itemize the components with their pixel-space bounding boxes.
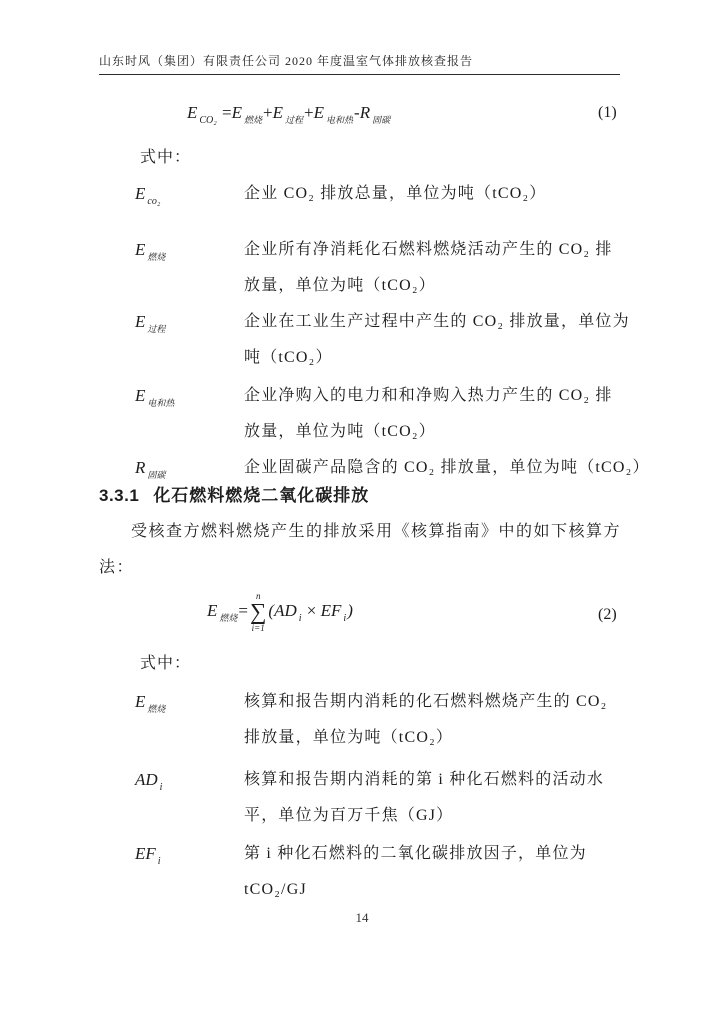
definition-text: 第 i 种化石燃料的二氧化碳排放因子，单位为 tCO₂/GJ (244, 836, 674, 908)
formula2-var1-subscript: i (299, 613, 302, 624)
definition-row: ADi 核算和报告期内消耗的第 i 种化石燃料的活动水 平，单位为百万千焦（GJ… (135, 762, 675, 834)
term-subscript: i (158, 856, 161, 867)
document-page: 山东时风（集团）有限责任公司 2020 年度温室气体排放核查报告 ECO₂ =E… (0, 0, 724, 1024)
term-subscript: 过程 (147, 324, 165, 334)
term-symbol: E过程 (135, 304, 244, 347)
multiply-sign: × (307, 601, 317, 620)
formula1-term3-subscript: 电和热 (326, 115, 353, 125)
formula2-expression: (ADi × EFi) (268, 601, 352, 624)
section-heading: 3.3.1化石燃料燃烧二氧化碳排放 (99, 481, 369, 506)
term-symbol: Eco₂ (135, 176, 244, 220)
term-symbol: EFi (135, 836, 244, 880)
definition-text: 核算和报告期内消耗的第 i 种化石燃料的活动水 平，单位为百万千焦（GJ） (244, 762, 674, 834)
formula2-lhs-subscript: 燃烧 (219, 613, 237, 623)
formula1-term1-subscript: 燃烧 (244, 115, 262, 125)
definition-row: E燃烧 核算和报告期内消耗的化石燃料燃烧产生的 CO₂ 排放量，单位为吨（tCO… (135, 684, 675, 756)
formula1-term2-subscript: 过程 (285, 115, 303, 125)
term-subscript: 燃烧 (147, 252, 165, 262)
term-symbol: E燃烧 (135, 684, 244, 727)
definition-text: 核算和报告期内消耗的化石燃料燃烧产生的 CO₂ 排放量，单位为吨（tCO₂） (244, 684, 674, 756)
doc-header-title: 山东时风（集团）有限责任公司 2020 年度温室气体排放核查报告 (99, 54, 473, 68)
formula2-var2-subscript: i (343, 613, 346, 624)
definition-row: EFi 第 i 种化石燃料的二氧化碳排放因子，单位为 tCO₂/GJ (135, 836, 675, 908)
formula2-var2: EF (321, 601, 342, 620)
summation-lower-limit: i=1 (252, 623, 265, 633)
definition-list-2: E燃烧 核算和报告期内消耗的化石燃料燃烧产生的 CO₂ 排放量，单位为吨（tCO… (135, 684, 675, 908)
term-subscript: co₂ (147, 196, 160, 207)
definition-text: 企业净购入的电力和和净购入热力产生的 CO₂ 排 放量，单位为吨（tCO₂） (244, 378, 674, 450)
formula-2: E燃烧=n∑i=1(ADi × EFi) (207, 592, 353, 633)
term-subscript: 固碳 (147, 470, 165, 480)
definition-row: E燃烧 企业所有净消耗化石燃料燃烧活动产生的 CO₂ 排 放量，单位为吨（tCO… (135, 232, 675, 304)
definition-text: 企业所有净消耗化石燃料燃烧活动产生的 CO₂ 排 放量，单位为吨（tCO₂） (244, 232, 674, 304)
definition-row: E电和热 企业净购入的电力和和净购入热力产生的 CO₂ 排 放量，单位为吨（tC… (135, 378, 675, 450)
formula1-term2: E (273, 103, 283, 122)
plus-sign: + (304, 103, 314, 122)
term-symbol: ADi (135, 762, 244, 806)
doc-header: 山东时风（集团）有限责任公司 2020 年度温室气体排放核查报告 (99, 52, 620, 75)
term-symbol: E燃烧 (135, 232, 244, 275)
term-subscript: i (160, 782, 163, 793)
term-symbol: E电和热 (135, 378, 244, 421)
equals-sign: = (238, 601, 248, 620)
definition-list-1: Eco₂ 企业 CO₂ 排放总量，单位为吨（tCO₂） E燃烧 企业所有净消耗化… (135, 176, 675, 493)
formula1-term4: R (360, 103, 370, 122)
summation-symbol: n∑i=1 (250, 592, 266, 633)
formula1-term1: E (232, 103, 242, 122)
body-paragraph: 受核查方燃料燃烧产生的排放采用《核算指南》中的如下核算方 法： (99, 514, 629, 586)
where-label-1: 式中： (140, 144, 191, 167)
section-title: 化石燃料燃烧二氧化碳排放 (153, 486, 369, 505)
definition-row: E过程 企业在工业生产过程中产生的 CO₂ 排放量，单位为 吨（tCO₂） (135, 304, 675, 376)
term-subscript: 电和热 (147, 398, 174, 408)
formula2-lhs-group: E燃烧= (207, 601, 248, 624)
formula2-var1: AD (274, 601, 297, 620)
equation-number-1: (1) (598, 104, 617, 122)
formula1-lhs-subscript: CO₂ (199, 115, 216, 126)
definition-row: Eco₂ 企业 CO₂ 排放总量，单位为吨（tCO₂） (135, 176, 675, 220)
definition-text: 企业 CO₂ 排放总量，单位为吨（tCO₂） (244, 176, 674, 212)
sigma-icon: ∑ (250, 601, 266, 623)
page-number: 14 (0, 910, 724, 926)
formula1-term3: E (314, 103, 324, 122)
equation-number-2: (2) (598, 606, 617, 624)
definition-text: 企业在工业生产过程中产生的 CO₂ 排放量，单位为 吨（tCO₂） (244, 304, 674, 376)
where-label-2: 式中： (140, 650, 191, 673)
formula2-lhs: E (207, 601, 217, 620)
plus-sign: + (263, 103, 273, 122)
close-paren: ) (347, 601, 353, 620)
formula-1: ECO₂ =E燃烧+E过程+E电和热-R固碳 (187, 103, 391, 126)
equals-sign: = (222, 103, 232, 122)
term-subscript: 燃烧 (147, 704, 165, 714)
section-number: 3.3.1 (99, 486, 139, 505)
formula1-term4-subscript: 固碳 (372, 115, 390, 125)
formula1-lhs: E (187, 103, 197, 122)
